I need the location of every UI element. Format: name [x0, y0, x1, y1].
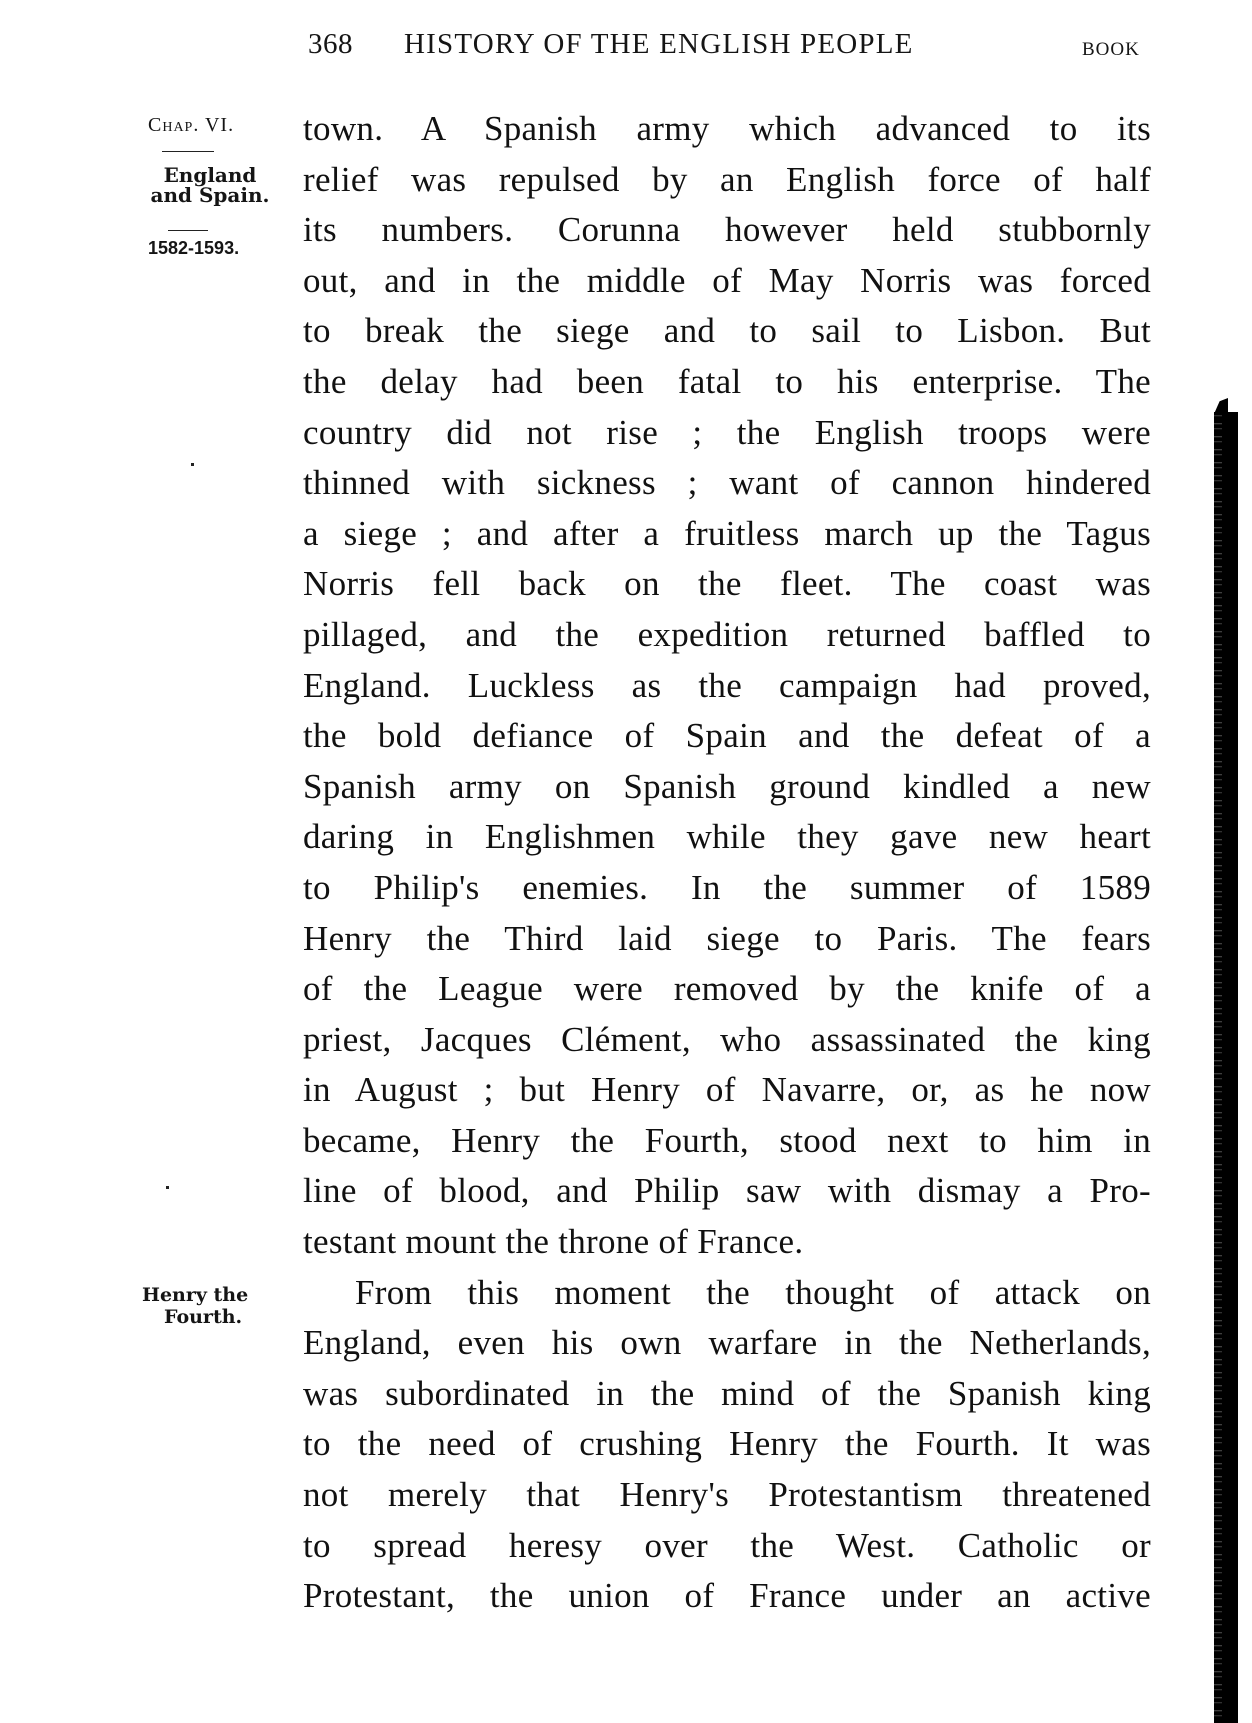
topic-marginal-line: England [140, 165, 280, 185]
henry-marginal-line: Henry the [142, 1284, 282, 1306]
text-line: England. Luckless as the campaign had pr… [303, 661, 1151, 712]
topic-marginal: England and Spain. [140, 165, 280, 205]
text-line: England, even his own warfare in the Net… [303, 1318, 1151, 1369]
text-line: Protestant, the union of France under an… [303, 1571, 1151, 1622]
text-line: out, and in the middle of May Norris was… [303, 256, 1151, 307]
text-line: relief was repulsed by an English force … [303, 155, 1151, 206]
text-line: a siege ; and after a fruitless march up… [303, 509, 1151, 560]
text-line: country did not rise ; the English troop… [303, 408, 1151, 459]
text-line: in August ; but Henry of Navarre, or, as… [303, 1065, 1151, 1116]
text-line: was subordinated in the mind of the Span… [303, 1369, 1151, 1420]
marginal-rule [168, 230, 208, 231]
book-page: 368 HISTORY OF THE ENGLISH PEOPLE BOOK C… [0, 0, 1252, 1723]
text-line: Spanish army on Spanish ground kindled a… [303, 762, 1151, 813]
text-line: to the need of crushing Henry the Fourth… [303, 1419, 1151, 1470]
marginal-rule [162, 151, 214, 152]
text-line: Henry the Third laid siege to Paris. The… [303, 914, 1151, 965]
text-line: the delay had been fatal to his enterpri… [303, 357, 1151, 408]
text-line: became, Henry the Fourth, stood next to … [303, 1116, 1151, 1167]
book-gutter-edge [1214, 412, 1238, 1723]
text-line: priest, Jacques Clément, who assassinate… [303, 1015, 1151, 1066]
topic-marginal-line: and Spain. [140, 185, 280, 205]
text-line: pillaged, and the expedition returned ba… [303, 610, 1151, 661]
book-label: BOOK [1082, 39, 1140, 61]
running-header: 368 HISTORY OF THE ENGLISH PEOPLE BOOK [300, 28, 1150, 68]
text-line: to spread heresy over the West. Catholic… [303, 1521, 1151, 1572]
date-range-marginal: 1582-1593. [148, 238, 280, 259]
gutter-edge-texture [1214, 412, 1222, 1723]
chapter-marginal: Chap. VI. [148, 114, 278, 137]
text-line: to Philip's enemies. In the summer of 15… [303, 863, 1151, 914]
text-line: to break the siege and to sail to Lisbon… [303, 306, 1151, 357]
text-line: daring in Englishmen while they gave new… [303, 812, 1151, 863]
text-line: town. A Spanish army which advanced to i… [303, 104, 1151, 155]
page-number: 368 [308, 28, 353, 61]
body-text: town. A Spanish army which advanced to i… [303, 104, 1151, 1622]
text-line: its numbers. Corunna however held stubbo… [303, 205, 1151, 256]
text-line: of the League were removed by the knife … [303, 964, 1151, 1015]
text-line: thinned with sickness ; want of cannon h… [303, 458, 1151, 509]
running-title: HISTORY OF THE ENGLISH PEOPLE [404, 28, 914, 61]
paragraph-first-line: From this moment the thought of attack o… [303, 1268, 1151, 1319]
henry-fourth-marginal: Henry the Fourth. [142, 1284, 282, 1328]
print-speck [166, 1186, 169, 1189]
henry-marginal-line: Fourth. [142, 1306, 282, 1328]
text-line: Norris fell back on the fleet. The coast… [303, 559, 1151, 610]
text-line: not merely that Henry's Protestantism th… [303, 1470, 1151, 1521]
print-speck [191, 463, 194, 466]
text-line: testant mount the throne of France. [303, 1217, 1151, 1268]
text-line: the bold defiance of Spain and the defea… [303, 711, 1151, 762]
text-line: line of blood, and Philip saw with disma… [303, 1166, 1151, 1217]
